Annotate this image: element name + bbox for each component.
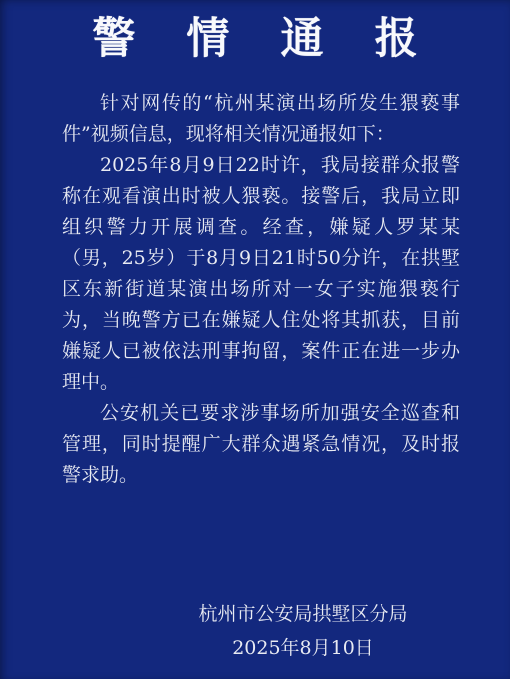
- issuing-authority: 杭州市公安局拱墅区分局: [168, 597, 438, 631]
- notice-body: 针对网传的“杭州某演出场所发生猥亵事件”视频信息，现将相关情况通报如下： 202…: [0, 88, 510, 491]
- signature-block: 杭州市公安局拱墅区分局 2025年8月10日: [168, 597, 438, 665]
- notice-title: 警 情 通 报: [0, 0, 510, 64]
- notice-paragraph-intro: 针对网传的“杭州某演出场所发生猥亵事件”视频信息，现将相关情况通报如下：: [62, 88, 460, 150]
- notice-paragraph-advisory: 公安机关已要求涉事场所加强安全巡查和管理，同时提醒广大群众遇紧急情况，及时报警求…: [62, 398, 460, 491]
- issue-date: 2025年8月10日: [168, 631, 438, 665]
- notice-paragraph-case-details: 2025年8月9日22时许，我局接群众报警称在观看演出时被人猥亵。接警后，我局立…: [62, 150, 460, 398]
- police-notice: 警 情 通 报 针对网传的“杭州某演出场所发生猥亵事件”视频信息，现将相关情况通…: [0, 0, 510, 679]
